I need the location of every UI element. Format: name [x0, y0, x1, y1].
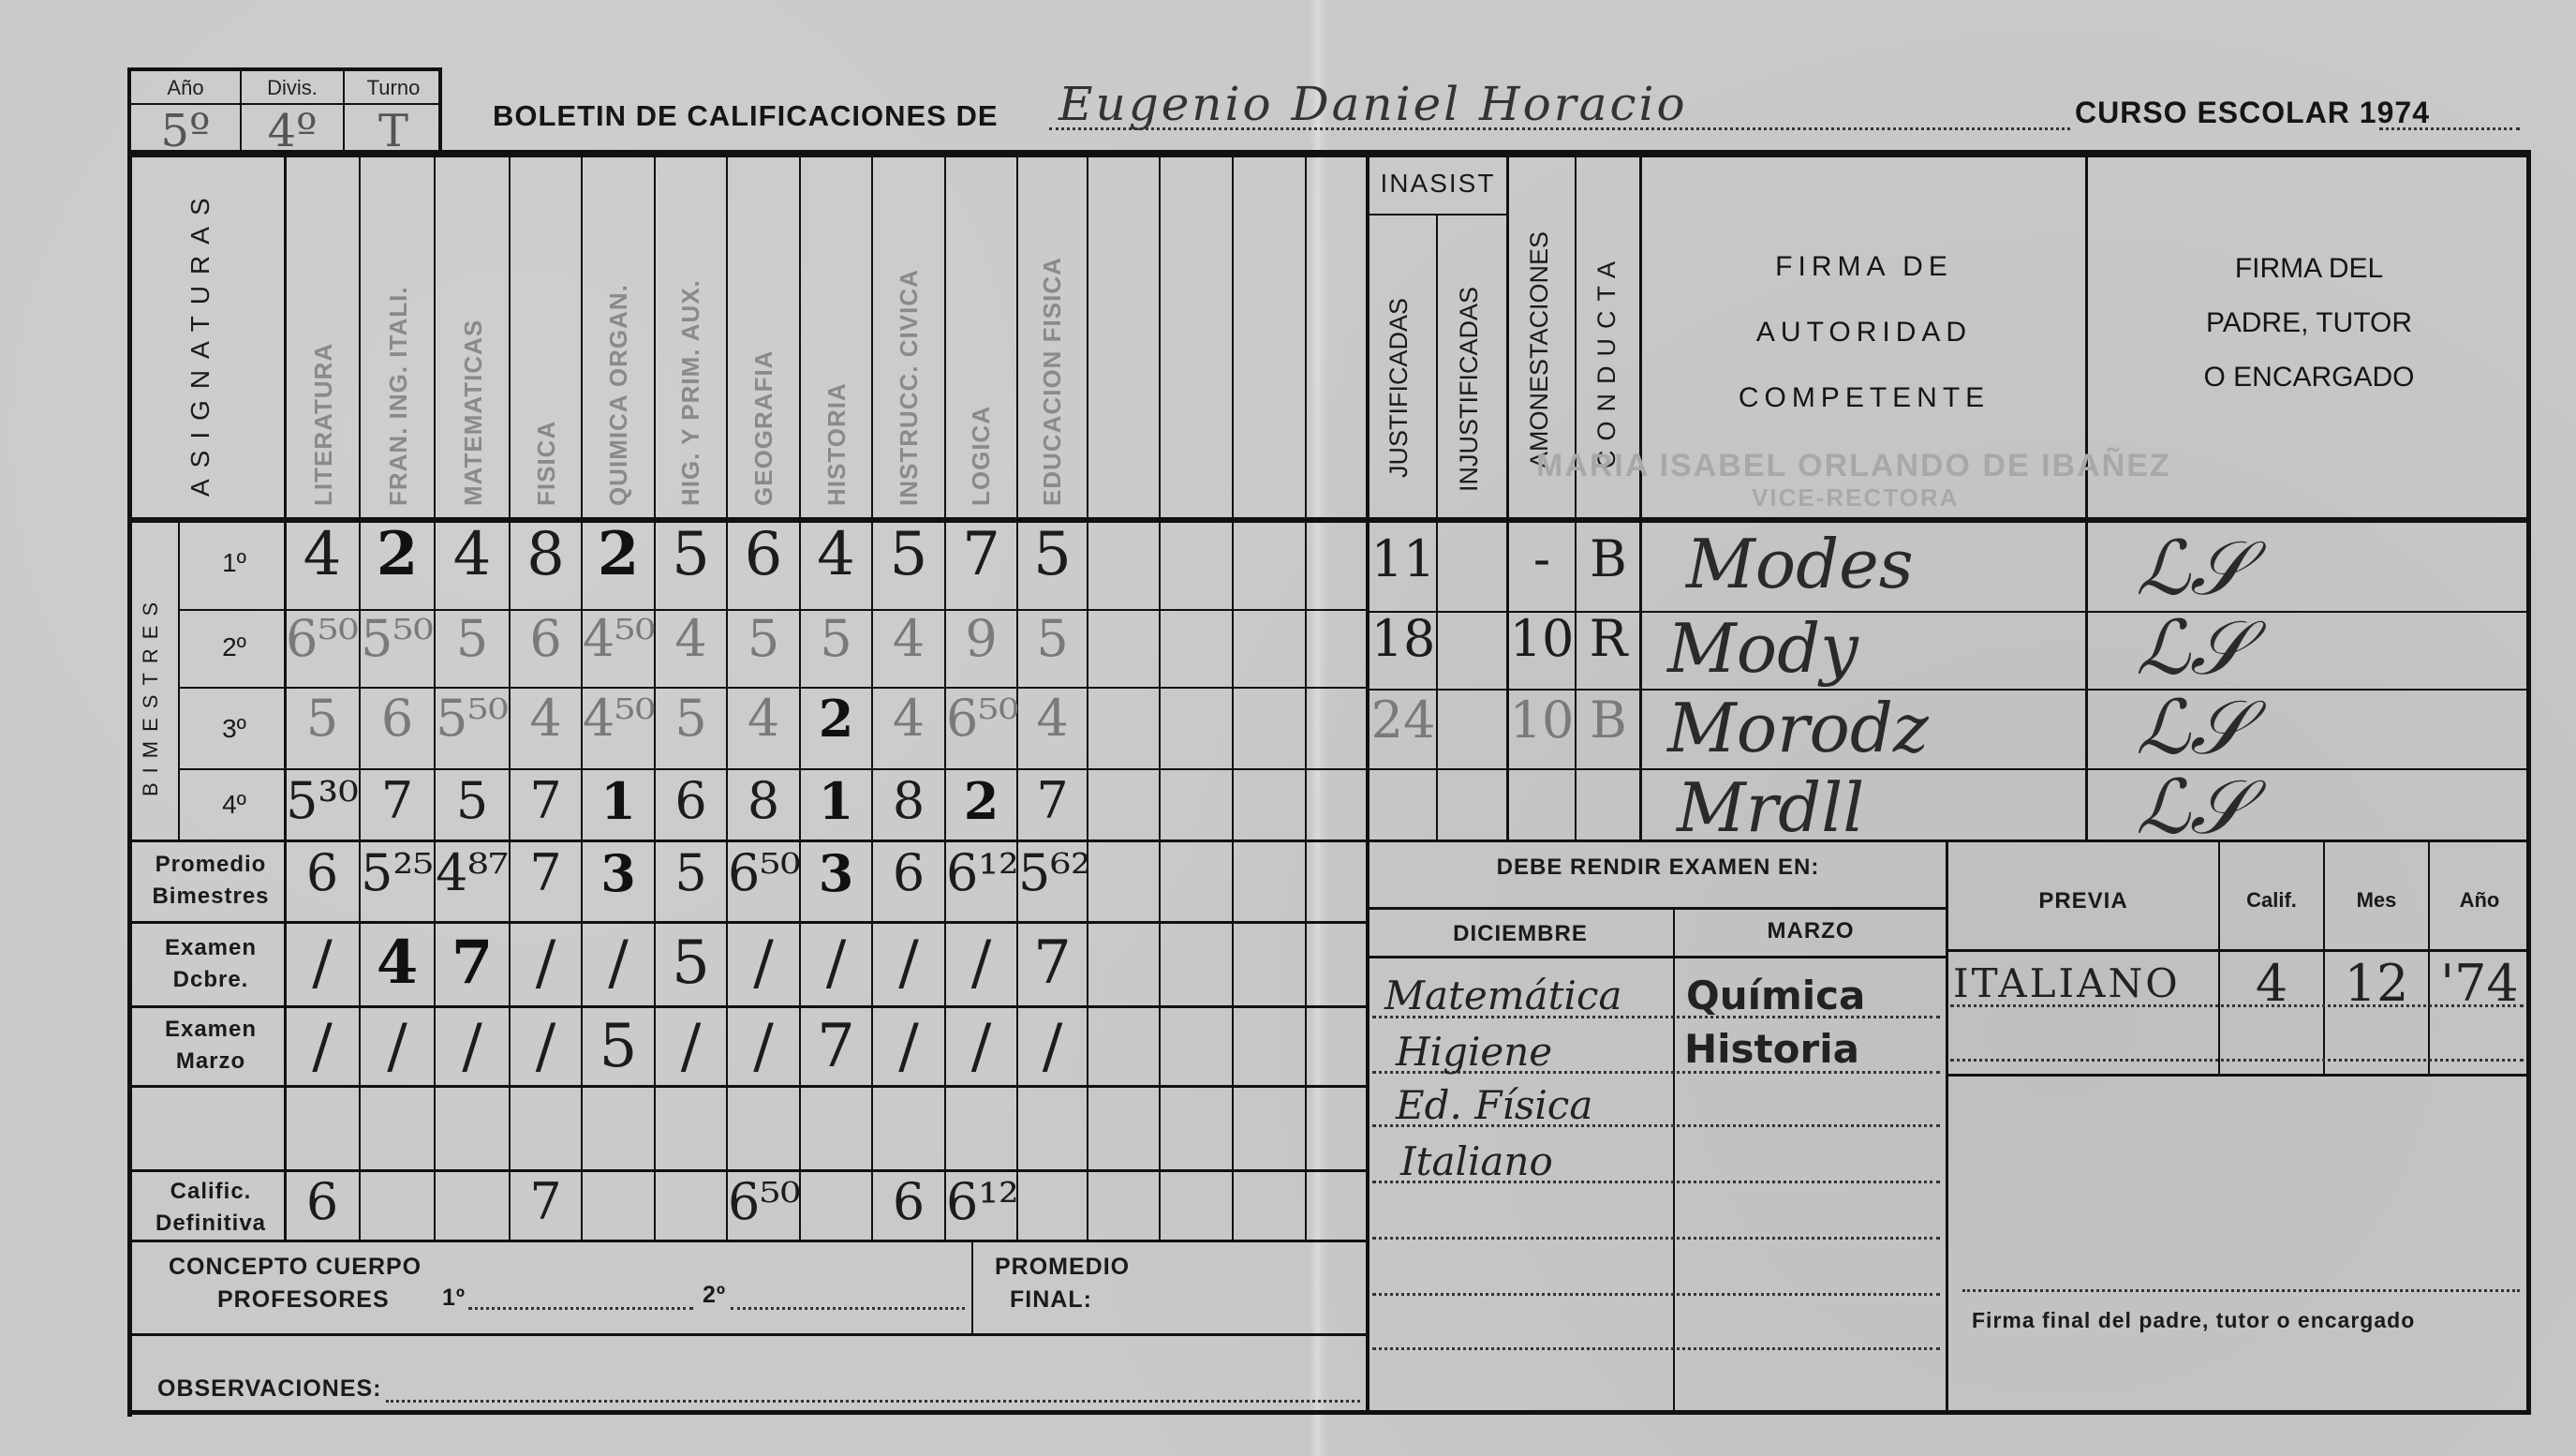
promedio-label-line2: Bimestres — [136, 881, 286, 913]
subject-higiene: HIG. Y PRIM. AUX. — [676, 187, 705, 506]
concepto-first-label: 1º — [442, 1285, 466, 1312]
col-line — [1232, 155, 1234, 1241]
grade-cell-b1: 5 — [656, 525, 726, 585]
col-line — [1575, 155, 1577, 841]
firma-autoridad-header: FIRMA DE AUTORIDAD COMPETENTE — [1644, 234, 2084, 431]
exam-dotted-line — [1372, 1347, 1940, 1350]
turno-cell: Turno T — [345, 71, 442, 156]
turno-value: T — [345, 107, 442, 156]
grade-cell-dcbre: / — [801, 933, 871, 993]
attendance-justificadas-cell: 18 — [1369, 614, 1437, 664]
anio-value: 5º — [131, 107, 240, 156]
grade-cell-b2: 5 — [728, 614, 799, 664]
grade-cell-definitiva: 6 — [873, 1177, 944, 1227]
col-line — [1673, 907, 1675, 1410]
grade-cell-b4: 6 — [656, 776, 726, 826]
grade-cell-promedio: 5⁶² — [1018, 848, 1087, 899]
diciembre-label: DICIEMBRE — [1368, 921, 1673, 947]
grade-cell-dcbre: / — [946, 933, 1016, 993]
report-title: BOLETIN DE CALIFICACIONES DE — [493, 99, 999, 133]
subject-idioma: FRAN. ING. ITALI. — [384, 187, 413, 506]
grade-cell-b4: 2 — [946, 776, 1016, 826]
definitiva-label-line2: Definitiva — [136, 1208, 286, 1240]
grade-cell-b3: 6⁵⁰ — [946, 693, 1016, 744]
row-line — [127, 921, 1368, 924]
grade-cell-definitiva: 6 — [286, 1177, 359, 1227]
attendance-amonestaciones-cell: 10 — [1509, 614, 1575, 664]
concepto-second-line[interactable] — [731, 1307, 965, 1310]
definitiva-label-line1: Calific. — [136, 1176, 286, 1208]
stamp-name: MARIA ISABEL ORLANDO DE IBAÑEZ — [1536, 448, 2171, 484]
marzo-item-1: Química — [1686, 973, 1865, 1018]
school-year: CURSO ESCOLAR 1974 — [2075, 96, 2430, 130]
previa-mes-label: Mes — [2325, 888, 2428, 913]
grade-cell-b3: 4⁵⁰ — [583, 693, 654, 744]
grade-cell-promedio: 3 — [801, 848, 871, 899]
attendance-conducta-cell: B — [1577, 695, 1639, 746]
grade-cell-b4: 8 — [873, 776, 944, 826]
grade-cell-b1: 5 — [1018, 525, 1087, 585]
grade-cell-promedio: 6¹² — [946, 848, 1016, 899]
subject-civica: INSTRUCC. CIVICA — [895, 187, 924, 506]
promedio-label-line1: Promedio — [136, 849, 286, 881]
padre-line3: O ENCARGADO — [2089, 350, 2529, 405]
attendance-amonestaciones-cell: 10 — [1509, 695, 1575, 746]
previa-calif: 4 — [2220, 954, 2323, 1013]
grade-cell-promedio: 3 — [583, 848, 654, 899]
firma-final-label: Firma final del padre, tutor o encargado — [1972, 1308, 2415, 1333]
row-line — [127, 1240, 1368, 1242]
previa-anio-label: Año — [2430, 888, 2529, 913]
section-divider — [1366, 155, 1369, 1415]
row-line — [1946, 1074, 2529, 1077]
promedio-divider — [971, 1241, 973, 1335]
grade-cell-b1: 4 — [286, 525, 359, 585]
autoridad-line3: COMPETENTE — [1644, 365, 2084, 431]
grade-cell-b1: 2 — [583, 525, 654, 585]
grade-cell-b2: 5 — [436, 614, 509, 664]
promedio-final-label-2: FINAL: — [1010, 1286, 1092, 1314]
grade-cell-b3: 6 — [361, 693, 434, 744]
previa-subject: ITALIANO — [1953, 960, 2181, 1006]
anio-cell: Año 5º — [131, 71, 242, 156]
padre-signature-1: ℒ𝒮 — [2136, 525, 2248, 613]
grade-cell-marzo: / — [873, 1017, 944, 1077]
attendance-conducta-cell: B — [1577, 534, 1639, 585]
row-line — [127, 839, 1368, 842]
grade-cell-dcbre: 5 — [656, 933, 726, 993]
concepto-first-line[interactable] — [468, 1307, 693, 1310]
attendance-justificadas-cell: 11 — [1369, 534, 1437, 585]
marzo-item-2: Historia — [1684, 1026, 1859, 1072]
attendance-conducta-cell: R — [1577, 614, 1639, 664]
padre-signature-4: ℒ𝒮 — [2136, 764, 2248, 852]
grade-cell-b1: 4 — [801, 525, 871, 585]
grade-cell-marzo: / — [946, 1017, 1016, 1077]
bimestre-3-label: 3º — [187, 714, 281, 744]
row-line — [1368, 907, 1948, 910]
subject-quimica: QUIMICA ORGAN. — [604, 187, 633, 506]
firma-final-dotted-line — [1962, 1289, 2520, 1292]
grade-cell-dcbre: 4 — [361, 933, 434, 993]
col-line — [1639, 155, 1642, 841]
promedio-label: PromedioBimestres — [136, 849, 286, 913]
grade-cell-b3: 4 — [511, 693, 581, 744]
grade-cell-b2: 5 — [801, 614, 871, 664]
previa-dotted-line — [1950, 1059, 2524, 1062]
padre-signature-2: ℒ𝒮 — [2136, 604, 2248, 692]
grade-cell-dcbre: 7 — [436, 933, 509, 993]
grade-cell-b3: 5 — [286, 693, 359, 744]
grade-cell-b2: 5 — [1018, 614, 1087, 664]
grade-cell-dcbre: / — [873, 933, 944, 993]
autoridad-line2: AUTORIDAD — [1644, 300, 2084, 365]
previa-mes: 12 — [2325, 954, 2428, 1013]
row-line — [127, 1333, 1368, 1336]
grade-cell-dcbre: / — [728, 933, 799, 993]
grade-cell-b4: 8 — [728, 776, 799, 826]
grade-cell-b4: 1 — [583, 776, 654, 826]
subject-geografia: GEOGRAFIA — [749, 187, 778, 506]
padre-line2: PADRE, TUTOR — [2089, 296, 2529, 350]
grade-cell-b1: 7 — [946, 525, 1016, 585]
grade-cell-b4: 5³⁰ — [286, 776, 359, 826]
asignaturas-label: ASIGNATURAS — [185, 178, 215, 497]
divis-label: Divis. — [242, 73, 343, 105]
autoridad-signature-2: Mody — [1667, 609, 1858, 688]
attendance-amonestaciones-cell: - — [1509, 534, 1575, 585]
col-line — [2085, 155, 2088, 841]
bimestre-2-label: 2º — [187, 632, 281, 662]
grade-cell-dcbre: 7 — [1018, 933, 1087, 993]
exam-dotted-line — [1372, 1293, 1940, 1296]
grade-cell-b3: 5⁵⁰ — [436, 693, 509, 744]
divis-cell: Divis. 4º — [242, 71, 345, 156]
row-line — [178, 768, 1368, 770]
inasist-divider — [1368, 214, 1508, 215]
grade-cell-b3: 2 — [801, 693, 871, 744]
row-line — [127, 1005, 1368, 1008]
subject-educacion-fisica: EDUCACION FISICA — [1038, 169, 1067, 506]
diciembre-item-3: Ed. Física — [1396, 1082, 1592, 1128]
dcbre-label-line1: Examen — [136, 932, 286, 964]
subject-logica: LOGICA — [967, 187, 996, 506]
grade-cell-dcbre: / — [511, 933, 581, 993]
grade-cell-b1: 6 — [728, 525, 799, 585]
bottom-rule — [127, 1410, 2531, 1415]
grade-cell-definitiva: 7 — [511, 1177, 581, 1227]
grade-cell-b2: 6⁵⁰ — [286, 614, 359, 664]
observaciones-line[interactable] — [386, 1400, 1360, 1403]
course-info-box: Año 5º Divis. 4º Turno T — [127, 67, 442, 156]
grade-cell-promedio: 6 — [873, 848, 944, 899]
grade-cell-marzo: / — [436, 1017, 509, 1077]
row-line — [1368, 956, 1948, 958]
grade-cell-marzo: / — [728, 1017, 799, 1077]
row-line — [1368, 768, 2529, 770]
grade-cell-marzo: / — [1018, 1017, 1087, 1077]
attendance-justificadas-cell: 24 — [1369, 695, 1437, 746]
grade-cell-marzo: 5 — [583, 1017, 654, 1077]
anio-label: Año — [131, 73, 240, 105]
grade-cell-definitiva: 6¹² — [946, 1177, 1016, 1227]
grade-cell-promedio: 4⁸⁷ — [436, 848, 509, 899]
justificadas-label: JUSTIFICADAS — [1384, 244, 1414, 478]
grade-cell-b4: 5 — [436, 776, 509, 826]
col-line — [1436, 214, 1438, 841]
debe-rendir-label: DEBE RENDIR EXAMEN EN: — [1368, 854, 1948, 881]
marzo-label-line1: Examen — [136, 1014, 286, 1046]
grade-cell-b2: 6 — [511, 614, 581, 664]
divis-value: 4º — [242, 107, 343, 156]
marzo-label-line2: Marzo — [136, 1046, 286, 1077]
grade-cell-b3: 5 — [656, 693, 726, 744]
grade-cell-b1: 5 — [873, 525, 944, 585]
conducta-label: CONDUCTA — [1592, 197, 1621, 468]
dcbre-label-line2: Dcbre. — [136, 964, 286, 996]
promedio-final-label-1: PROMEDIO — [995, 1254, 1130, 1281]
student-name: Eugenio Daniel Horacio — [1059, 77, 1688, 131]
row-line — [127, 1085, 1368, 1088]
calif-definitiva-label: Calific.Definitiva — [136, 1176, 286, 1240]
previa-calif-label: Calif. — [2220, 888, 2323, 913]
amonestaciones-label: AMONESTACIONES — [1525, 178, 1554, 468]
grade-cell-marzo: / — [361, 1017, 434, 1077]
paper-fold — [1310, 0, 1330, 1456]
concepto-label-2: PROFESORES — [217, 1286, 390, 1314]
subject-matematicas: MATEMATICAS — [459, 187, 488, 506]
grade-cell-b4: 7 — [1018, 776, 1087, 826]
grade-cell-promedio: 7 — [511, 848, 581, 899]
autoridad-signature-4: Mrdll — [1677, 768, 1864, 847]
subject-historia: HISTORIA — [822, 187, 851, 506]
examen-marzo-label: ExamenMarzo — [136, 1014, 286, 1077]
autoridad-signature-1: Modes — [1686, 525, 1914, 603]
previa-label: PREVIA — [1948, 888, 2218, 914]
grade-cell-dcbre: / — [583, 933, 654, 993]
concepto-second-label: 2º — [703, 1282, 726, 1309]
turno-label: Turno — [345, 73, 442, 105]
grade-cell-definitiva: 6⁵⁰ — [728, 1177, 799, 1227]
diciembre-item-4: Italiano — [1400, 1138, 1553, 1184]
col-line — [1087, 155, 1088, 1241]
diciembre-item-2: Higiene — [1396, 1029, 1552, 1075]
grade-cell-b4: 7 — [361, 776, 434, 826]
bimestre-1-label: 1º — [187, 548, 281, 578]
padre-line1: FIRMA DEL — [2089, 242, 2529, 296]
subject-fisica: FISICA — [532, 187, 561, 506]
stamp-role: VICE-RECTORA — [1752, 483, 1959, 513]
grade-cell-marzo: / — [511, 1017, 581, 1077]
grade-cell-promedio: 6 — [286, 848, 359, 899]
grade-cell-b2: 5⁵⁰ — [361, 614, 434, 664]
grade-cell-marzo: / — [286, 1017, 359, 1077]
grade-cell-b3: 4 — [873, 693, 944, 744]
bimestres-divider — [178, 520, 180, 841]
grade-cell-promedio: 6⁵⁰ — [728, 848, 799, 899]
grade-cell-b3: 4 — [1018, 693, 1087, 744]
grade-cell-marzo: / — [656, 1017, 726, 1077]
padre-signature-3: ℒ𝒮 — [2136, 684, 2248, 772]
col-line — [1305, 155, 1307, 1241]
marzo-label: MARZO — [1675, 918, 1947, 944]
autoridad-signature-3: Morodz — [1667, 689, 1929, 767]
autoridad-line1: FIRMA DE — [1644, 234, 2084, 300]
grade-cell-b1: 4 — [436, 525, 509, 585]
bimestre-4-label: 4º — [187, 790, 281, 820]
grade-cell-marzo: 7 — [801, 1017, 871, 1077]
grade-cell-b2: 9 — [946, 614, 1016, 664]
grade-cell-promedio: 5 — [656, 848, 726, 899]
top-rule — [127, 150, 2530, 157]
grade-cell-b2: 4⁵⁰ — [583, 614, 654, 664]
row-line — [1946, 949, 2529, 952]
concepto-label-1: CONCEPTO CUERPO — [169, 1254, 422, 1281]
grade-cell-b2: 4 — [656, 614, 726, 664]
col-line — [1159, 155, 1161, 1241]
grade-cell-b2: 4 — [873, 614, 944, 664]
grade-cell-b4: 1 — [801, 776, 871, 826]
grade-cell-b4: 7 — [511, 776, 581, 826]
inasist-label: INASIST — [1369, 169, 1506, 199]
row-line — [1368, 839, 2529, 842]
bimestres-label: BIMESTRES — [139, 572, 163, 796]
observaciones-label: OBSERVACIONES: — [157, 1375, 382, 1403]
grade-cell-promedio: 5²⁵ — [361, 848, 434, 899]
diciembre-item-1: Matemática — [1384, 973, 1622, 1018]
grade-cell-b1: 8 — [511, 525, 581, 585]
grade-cell-b1: 2 — [361, 525, 434, 585]
grade-cell-b3: 4 — [728, 693, 799, 744]
subject-literatura: LITERATURA — [309, 187, 338, 506]
exam-dotted-line — [1372, 1237, 1940, 1240]
firma-padre-header: FIRMA DEL PADRE, TUTOR O ENCARGADO — [2089, 242, 2529, 405]
examen-dcbre-label: ExamenDcbre. — [136, 932, 286, 996]
year-dotted-line — [2379, 127, 2520, 130]
previa-anio: '74 — [2430, 954, 2529, 1013]
grade-cell-dcbre: / — [286, 933, 359, 993]
injustificadas-label: INJUSTIFICADAS — [1455, 230, 1484, 492]
left-border — [127, 150, 132, 1417]
